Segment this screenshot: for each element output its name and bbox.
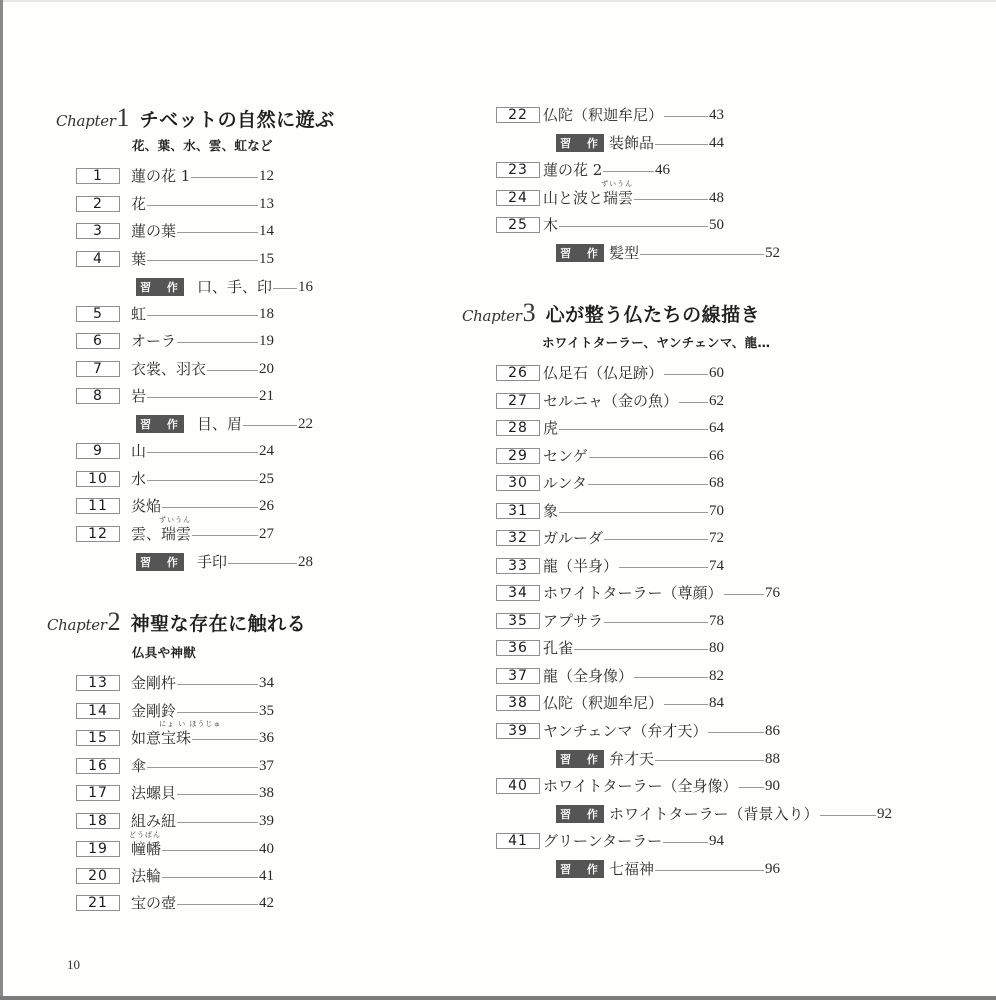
dot-leader — [655, 870, 764, 871]
entry-page-number: 18 — [259, 304, 274, 324]
dot-leader — [604, 539, 708, 540]
entry-number-box: 26 — [496, 365, 540, 381]
entry-title[interactable]: 宝の壺 — [131, 893, 176, 913]
entry-number-box: 24 — [496, 190, 540, 206]
dot-leader — [664, 116, 708, 117]
entry-number-box: 32 — [496, 530, 540, 546]
dot-leader — [559, 429, 708, 430]
entry-title[interactable]: ガルーダ — [543, 528, 603, 548]
dot-leader — [604, 622, 708, 623]
entry-number-box: 41 — [496, 833, 540, 849]
dot-leader — [663, 842, 708, 843]
toc-row: 26仏足石（仏足跡）60 — [0, 363, 996, 383]
entry-page-number: 90 — [765, 776, 780, 796]
entry-page-number: 78 — [709, 611, 724, 631]
entry-title[interactable]: 七福神 — [609, 859, 654, 879]
toc-row: 24山と波と瑞雲ずいうん48 — [0, 188, 996, 208]
dot-leader — [655, 144, 708, 145]
dot-leader — [177, 904, 258, 905]
dot-leader — [820, 815, 876, 816]
entry-number-box: 28 — [496, 420, 540, 436]
toc-row: 23蓮の花 246 — [0, 160, 996, 180]
entry-page-number: 74 — [709, 556, 724, 576]
dot-leader — [664, 374, 708, 375]
toc-practice-row: 習 作口、手、印16 — [0, 277, 996, 297]
entry-page-number: 88 — [765, 749, 780, 769]
dot-leader — [634, 677, 708, 678]
toc-row: 28虎64 — [0, 418, 996, 438]
toc-practice-row: 習 作装飾品44 — [0, 133, 996, 153]
dot-leader — [619, 567, 708, 568]
entry-page-number: 46 — [655, 160, 670, 180]
dot-leader — [559, 226, 708, 227]
entry-number-box: 31 — [496, 503, 540, 519]
entry-title[interactable]: 蓮の花 2 — [543, 160, 602, 180]
dot-leader — [739, 787, 764, 788]
entry-number-box: 40 — [496, 778, 540, 794]
page-number: 10 — [67, 957, 80, 973]
entry-title[interactable]: 山と波と瑞雲 — [543, 188, 633, 208]
toc-row: 38仏陀（釈迦牟尼）84 — [0, 693, 996, 713]
entry-title[interactable]: 虹 — [131, 304, 146, 324]
entry-number-box: 33 — [496, 558, 540, 574]
entry-title[interactable]: セルニャ（金の魚） — [543, 391, 678, 411]
dot-leader — [640, 254, 764, 255]
practice-badge: 習 作 — [556, 244, 604, 262]
dot-leader — [574, 649, 708, 650]
entry-page-number: 72 — [709, 528, 724, 548]
dot-leader — [147, 315, 258, 316]
practice-badge: 習 作 — [556, 134, 604, 152]
entry-number-box: 5 — [76, 306, 120, 322]
toc-practice-row: 習 作弁才天88 — [0, 749, 996, 769]
entry-page-number: 43 — [709, 105, 724, 125]
entry-title[interactable]: グリーンターラー — [543, 831, 662, 851]
dot-leader — [655, 760, 764, 761]
toc-practice-row: 習 作髪型52 — [0, 243, 996, 263]
entry-title[interactable]: 木 — [543, 215, 558, 235]
entry-title[interactable]: ホワイトターラー（全身像） — [543, 776, 738, 796]
practice-badge: 習 作 — [556, 860, 604, 878]
entry-title[interactable]: ヤンチェンマ（弁才天） — [543, 721, 707, 741]
entry-page-number: 60 — [709, 363, 724, 383]
entry-title[interactable]: 髪型 — [609, 243, 639, 263]
entry-number-box: 37 — [496, 668, 540, 684]
toc-row: 34ホワイトターラー（尊顔）76 — [0, 583, 996, 603]
dot-leader — [603, 171, 654, 172]
entry-page-number: 48 — [709, 188, 724, 208]
dot-leader — [664, 704, 708, 705]
dot-leader — [177, 342, 258, 343]
entry-page-number: 16 — [298, 277, 313, 297]
toc-row: 5虹18 — [0, 304, 996, 324]
entry-title[interactable]: アプサラ — [543, 611, 603, 631]
toc-row: 37龍（全身像）82 — [0, 666, 996, 686]
toc-row: 27セルニャ（金の魚）62 — [0, 391, 996, 411]
entry-number-box: 25 — [496, 217, 540, 233]
entry-page-number: 82 — [709, 666, 724, 686]
entry-page-number: 19 — [259, 331, 274, 351]
toc-row: 36孔雀80 — [0, 638, 996, 658]
toc-row: 25木50 — [0, 215, 996, 235]
page-edge-top — [0, 0, 996, 2]
dot-leader — [679, 402, 708, 403]
entry-title[interactable]: 仏陀（釈迦牟尼） — [543, 105, 663, 125]
entry-number-box: 22 — [496, 107, 540, 123]
entry-number-box: 39 — [496, 723, 540, 739]
entry-title[interactable]: 龍（全身像） — [543, 666, 633, 686]
entry-page-number: 86 — [765, 721, 780, 741]
toc-row: 21宝の壺42 — [0, 893, 996, 913]
dot-leader — [708, 732, 764, 733]
dot-leader — [724, 594, 764, 595]
dot-leader — [273, 288, 297, 289]
practice-badge: 習 作 — [556, 750, 604, 768]
entry-number-box: 34 — [496, 585, 540, 601]
entry-page-number: 80 — [709, 638, 724, 658]
toc-row: 39ヤンチェンマ（弁才天）86 — [0, 721, 996, 741]
entry-page-number: 84 — [709, 693, 724, 713]
toc-row: 32ガルーダ72 — [0, 528, 996, 548]
toc-row: 22仏陀（釈迦牟尼）43 — [0, 105, 996, 125]
entry-number-box: 23 — [496, 162, 540, 178]
entry-title[interactable]: ホワイトターラー（背景入り） — [609, 804, 819, 824]
entry-title[interactable]: ルンタ — [543, 473, 587, 493]
toc-row: 30ルンタ68 — [0, 473, 996, 493]
toc-practice-row: 習 作七福神96 — [0, 859, 996, 879]
toc-row: 29センゲ66 — [0, 446, 996, 466]
entry-title[interactable]: ホワイトターラー（尊顔） — [543, 583, 723, 603]
entry-title[interactable]: 仏陀（釈迦牟尼） — [543, 693, 663, 713]
entry-number-box: 29 — [496, 448, 540, 464]
entry-page-number: 44 — [709, 133, 724, 153]
toc-row: 41グリーンターラー94 — [0, 831, 996, 851]
practice-badge: 習 作 — [136, 278, 184, 296]
entry-number-box: 30 — [496, 475, 540, 491]
entry-page-number: 52 — [765, 243, 780, 263]
entry-title[interactable]: 仏足石（仏足跡） — [543, 363, 663, 383]
entry-title[interactable]: センゲ — [543, 446, 588, 466]
practice-badge: 習 作 — [556, 805, 604, 823]
dot-leader — [559, 512, 708, 513]
entry-title[interactable]: 虎 — [543, 418, 558, 438]
entry-number-box: 6 — [76, 333, 120, 349]
entry-title[interactable]: 象 — [543, 501, 558, 521]
page-edge-bottom — [0, 996, 996, 1000]
entry-page-number: 62 — [709, 391, 724, 411]
entry-title[interactable]: オーラ — [131, 331, 176, 351]
entry-page-number: 96 — [765, 859, 780, 879]
dot-leader — [588, 484, 708, 485]
entry-title[interactable]: 弁才天 — [609, 749, 654, 769]
toc-row: 6オーラ19 — [0, 331, 996, 351]
entry-title[interactable]: 龍（半身） — [543, 556, 618, 576]
entry-page-number: 94 — [709, 831, 724, 851]
furigana: ずいうん — [601, 179, 633, 189]
toc-row: 31象70 — [0, 501, 996, 521]
entry-page-number: 66 — [709, 446, 724, 466]
entry-number-box: 27 — [496, 393, 540, 409]
dot-leader — [634, 199, 708, 200]
toc-row: 35アプサラ78 — [0, 611, 996, 631]
entry-page-number: 50 — [709, 215, 724, 235]
entry-number-box: 21 — [76, 895, 120, 911]
entry-page-number: 76 — [765, 583, 780, 603]
entry-page-number: 68 — [709, 473, 724, 493]
entry-number-box: 35 — [496, 613, 540, 629]
entry-page-number: 92 — [877, 804, 892, 824]
toc-practice-row: 習 作ホワイトターラー（背景入り）92 — [0, 804, 996, 824]
entry-title[interactable]: 装飾品 — [609, 133, 654, 153]
entry-title[interactable]: 孔雀 — [543, 638, 573, 658]
entry-number-box: 38 — [496, 695, 540, 711]
dot-leader — [589, 457, 708, 458]
toc-row: 40ホワイトターラー（全身像）90 — [0, 776, 996, 796]
entry-page-number: 42 — [259, 893, 274, 913]
toc-row: 33龍（半身）74 — [0, 556, 996, 576]
entry-title[interactable]: 口、手、印 — [197, 277, 272, 297]
entry-page-number: 64 — [709, 418, 724, 438]
entry-page-number: 70 — [709, 501, 724, 521]
entry-number-box: 36 — [496, 640, 540, 656]
